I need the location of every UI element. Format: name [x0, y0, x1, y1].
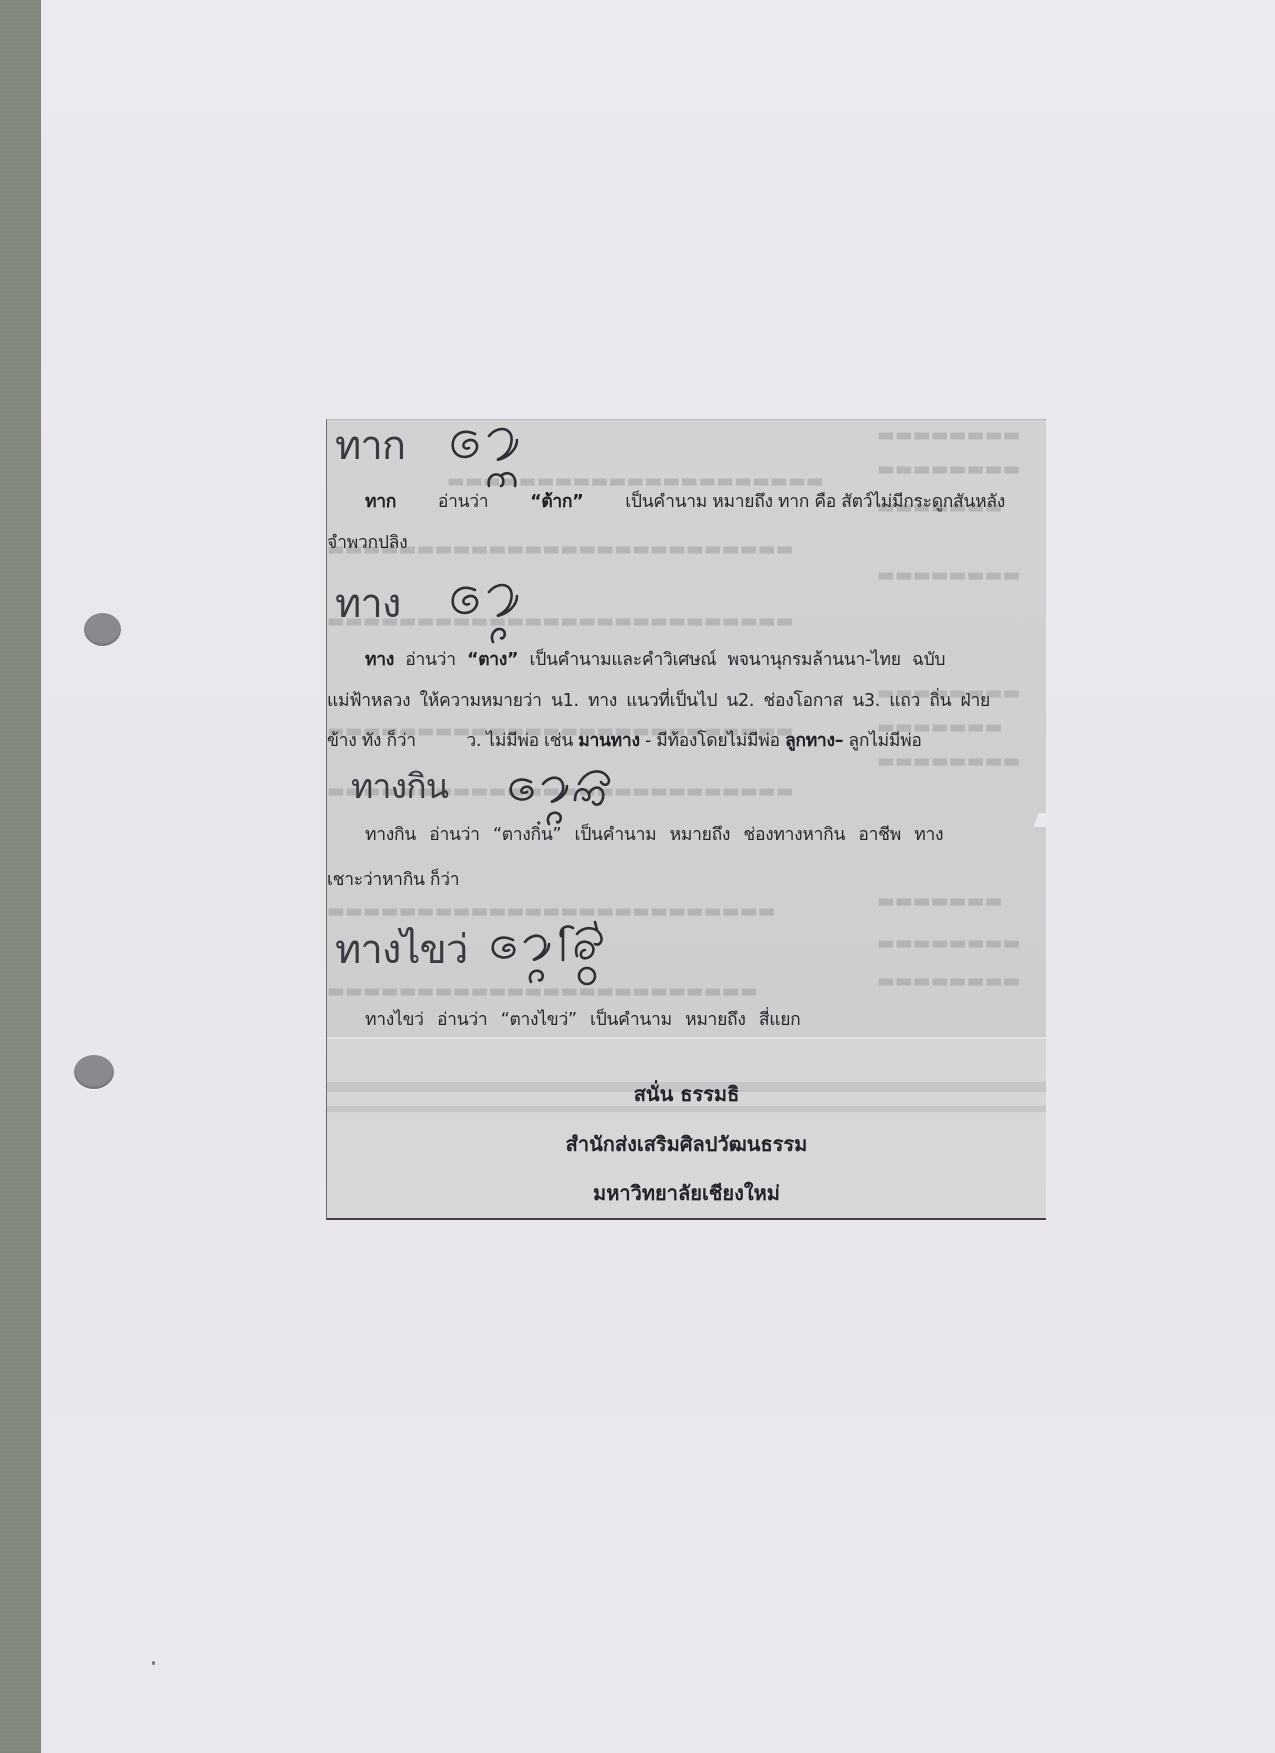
pronunciation: “ตางไขว่” [501, 1010, 577, 1030]
text: - มีท้องโดยไม่มีพ่อ [645, 731, 780, 751]
paper-speck [152, 1661, 155, 1665]
text: อ่านว่า [416, 825, 493, 845]
scanner-background-strip [0, 0, 41, 1753]
author-office: สำนักส่งเสริมศิลปวัฒนธรรม [327, 1134, 1046, 1154]
text: ว. ไม่มีพ่อ เช่น [466, 731, 573, 751]
text: อ่านว่า [424, 1010, 501, 1030]
text: เป็นคำนามและคำวิเศษณ์ พจนานุกรมล้านนา-ไท… [518, 650, 945, 670]
definition-line: ข้าง ทัง ก็ว่า ว. ไม่มีพ่อ เช่น มานทาง -… [327, 733, 922, 751]
definition-line: ทาก อ่านว่า “ต้าก” เป็นคำนาม หมายถึง ทาก… [365, 494, 1005, 512]
text: ข้าง ทัง ก็ว่า [327, 731, 416, 751]
lanna-script-glyph [487, 916, 617, 996]
pronunciation-bold: “ต้าก” [530, 492, 583, 512]
text: อ่านว่า [438, 494, 488, 512]
example-bold: มานทาง [578, 731, 639, 751]
term-bold: ทาง [365, 650, 394, 670]
newspaper-clipping: ▬▬▬▬▬▬▬▬ ▬▬▬▬▬▬▬▬ ▬▬▬▬▬▬▬ ▬▬▬▬▬▬▬▬ ▬▬▬▬▬… [326, 419, 1046, 1220]
definition-line: ทางกิน อ่านว่า “ตางกิ๋น” เป็นคำนาม หมายถ… [365, 827, 1005, 845]
definition-line: เชาะว่าหากิน ก็ว่า [327, 872, 459, 890]
bleed-band [327, 1106, 1046, 1112]
text: อ่านว่า [394, 650, 467, 670]
headword-thai: ทาก [335, 426, 405, 466]
definition-line: แม่ฟ้าหลวง ให้ความหมายว่า น1. ทาง แนวที่… [327, 693, 990, 711]
pronunciation-bold: “ตาง” [467, 650, 518, 670]
text: เป็นคำนาม หมายถึง ช่องทางหากิน อาชีพ ทาง [561, 825, 943, 845]
example-bold: ลูกทาง– [785, 731, 843, 751]
term-bold: ทาก [365, 492, 396, 512]
term: ทางไขว่ [365, 1010, 424, 1030]
definition-line: ทางไขว่ อ่านว่า “ตางไขว่” เป็นคำนาม หมาย… [365, 1012, 800, 1030]
term: ทางกิน [365, 825, 416, 845]
punch-hole [74, 1055, 114, 1089]
lanna-script-glyph [445, 580, 535, 652]
author-university: มหาวิทยาลัยเชียงใหม่ [327, 1183, 1046, 1203]
text: เป็นคำนาม หมายถึง ทาก คือ สัตว์ไม่มีกระด… [625, 494, 1005, 512]
author-name: สนั่น ธรรมธิ [327, 1084, 1046, 1104]
lanna-script-glyph [445, 424, 535, 496]
bleed-through-column: ▬▬▬▬▬▬▬▬ ▬▬▬▬▬▬▬▬ ▬▬▬▬▬▬▬ ▬▬▬▬▬▬▬▬ ▬▬▬▬▬… [867, 420, 1046, 1037]
headword-thai: ทางกิน [351, 770, 448, 804]
punch-hole [84, 613, 121, 646]
definition-line: จำพวกปลิง [327, 535, 407, 553]
pronunciation: “ตางกิ๋น” [493, 825, 561, 845]
text: เป็นคำนาม หมายถึง สี่แยก [577, 1010, 801, 1030]
definition-line: ทาง อ่านว่า “ตาง” เป็นคำนามและคำวิเศษณ์ … [365, 652, 1005, 670]
headword-thai: ทางไขว่ [335, 930, 467, 970]
text: ลูกไม่มีพ่อ [848, 731, 921, 751]
headword-thai: ทาง [335, 584, 400, 624]
